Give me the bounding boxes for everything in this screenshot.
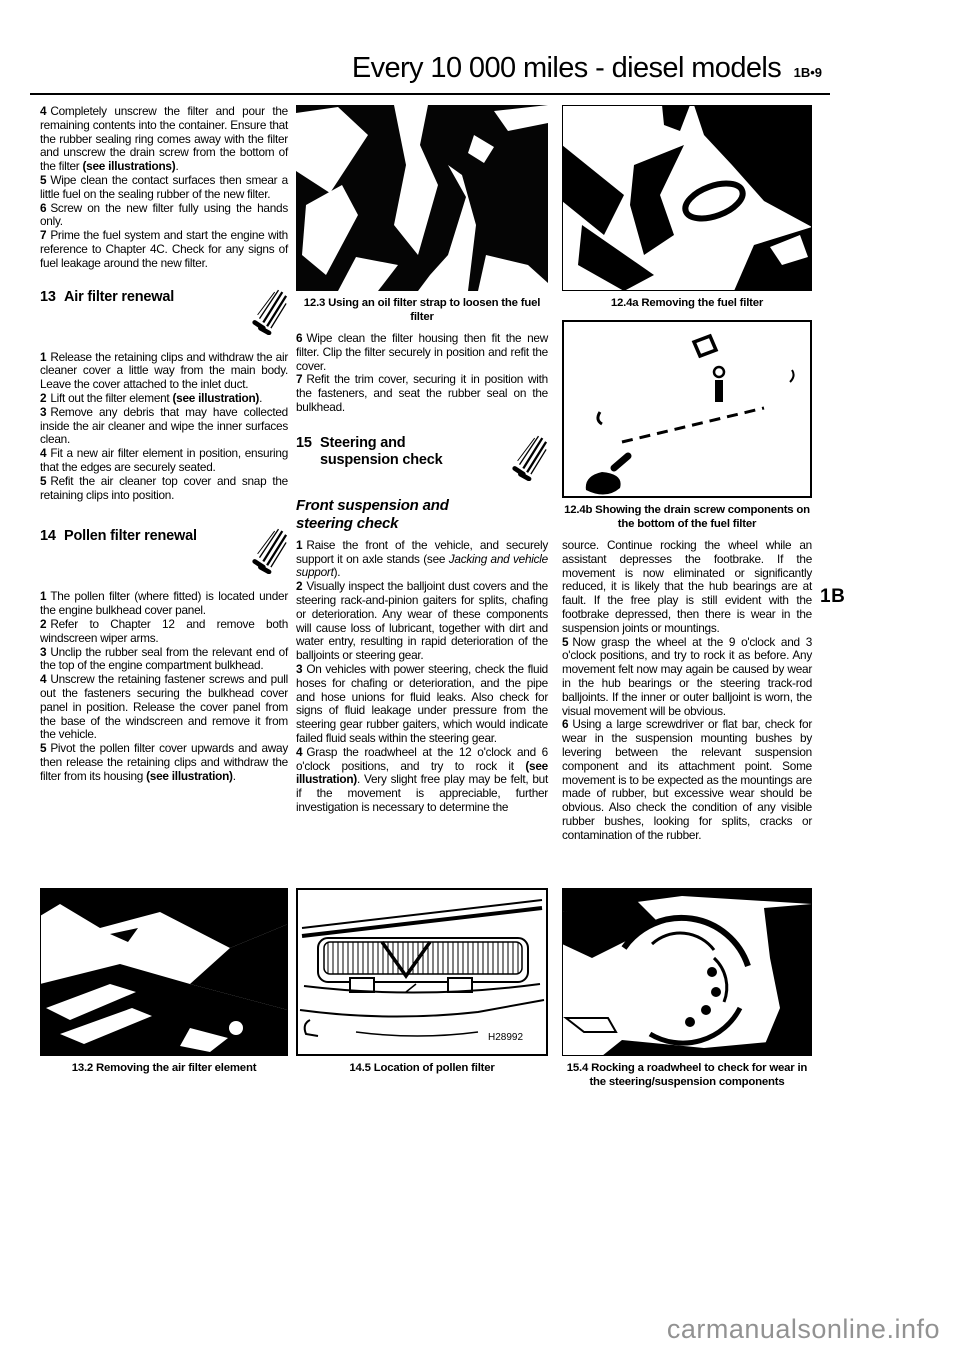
section-title: Pollen filter renewal (64, 528, 197, 545)
step-paragraph: 3On vehicles with power steering, check … (296, 663, 548, 746)
step-number: 5 (40, 173, 46, 187)
figure-15-4-caption: 15.4 Rocking a roadwheel to check for we… (562, 1061, 812, 1089)
step-number: 4 (296, 745, 302, 759)
section-number: 13 (40, 289, 64, 306)
step-text: Wipe clean the contact surfaces then sme… (40, 173, 288, 201)
figure-13-2-photo (40, 888, 288, 1056)
step-paragraph: 7Refit the trim cover, securing it in po… (296, 373, 548, 414)
step-number: 6 (562, 717, 568, 731)
step-paragraph: 5Wipe clean the contact surfaces then sm… (40, 174, 288, 202)
step-paragraph: 1The pollen filter (where fitted) is loc… (40, 590, 288, 618)
step-text: Refer to Chapter 12 and remove both wind… (40, 617, 288, 645)
step-text: Raise the front of the vehicle, and secu… (296, 538, 548, 580)
step-number: 3 (296, 662, 302, 676)
step-paragraph: 6Using a large screwdriver or flat bar, … (562, 718, 812, 842)
step-text: Now grasp the wheel at the 9 o'clock and… (562, 635, 812, 718)
figure-15-4-photo (562, 888, 812, 1056)
step-number: 4 (40, 446, 46, 460)
step-paragraph: 7Prime the fuel system and start the eng… (40, 229, 288, 270)
step-text: Remove any debris that may have collecte… (40, 405, 288, 447)
spanner-rating-icon (510, 435, 548, 481)
step-text: Completely unscrew the filter and pour t… (40, 104, 288, 173)
continuation-paragraph: source. Continue rocking the wheel while… (562, 539, 812, 636)
figure-13-2-caption: 13.2 Removing the air filter element (40, 1061, 288, 1075)
step-text: Pivot the pollen filter cover upwards an… (40, 741, 288, 783)
chapter-side-tab: 1B (820, 586, 845, 608)
spanner-rating-icon (250, 528, 288, 574)
section-15-header: 15Steering and suspension check (296, 435, 548, 483)
left-column: 4Completely unscrew the filter and pour … (40, 105, 288, 783)
step-text: Wipe clean the filter housing then fit t… (296, 331, 548, 373)
step-number: 6 (40, 201, 46, 215)
step-paragraph: 4Unscrew the retaining fastener screws a… (40, 673, 288, 742)
step-paragraph: 6Screw on the new filter fully using the… (40, 202, 288, 230)
step-text: The pollen filter (where fitted) is loca… (40, 589, 288, 617)
section-number: 15 (296, 435, 320, 469)
step-number: 1 (296, 538, 302, 552)
step-paragraph: 3Remove any debris that may have collect… (40, 406, 288, 447)
step-number: 5 (562, 635, 568, 649)
step-paragraph: 3Unclip the rubber seal from the relevan… (40, 646, 288, 674)
step-paragraph: 5Pivot the pollen filter cover upwards a… (40, 742, 288, 783)
step-text: Screw on the new filter fully using the … (40, 201, 288, 229)
steps-5-6-list: 5Now grasp the wheel at the 9 o'clock an… (562, 636, 812, 843)
step-text: Unclip the rubber seal from the relevant… (40, 645, 288, 673)
step-paragraph: 5Refit the air cleaner top cover and sna… (40, 475, 288, 503)
step-number: 7 (40, 228, 46, 242)
figure-13-2: 13.2 Removing the air filter element (40, 888, 288, 1083)
step-number: 2 (40, 391, 46, 405)
subsection-heading: Front suspension and steering check (296, 497, 461, 533)
step-text: Unscrew the retaining fastener screws an… (40, 672, 288, 741)
step-paragraph: 2Lift out the filter element (see illust… (40, 392, 288, 406)
section-13-steps-list: 1Release the retaining clips and withdra… (40, 351, 288, 503)
step-text: Release the retaining clips and withdraw… (40, 350, 288, 392)
figure-12-4a-caption: 12.4a Removing the fuel filter (562, 296, 812, 310)
figure-12-4b-caption: 12.4b Showing the drain screw components… (562, 503, 812, 531)
step-text: Refit the air cleaner top cover and snap… (40, 474, 288, 502)
figure-14-5: H28992 14.5 Location of pollen filter (296, 888, 548, 1083)
step-text: Refit the trim cover, securing it in pos… (296, 372, 548, 414)
step-text: Using a large screwdriver or flat bar, c… (562, 717, 812, 841)
section-title: Air filter renewal (64, 289, 174, 306)
intro-steps-list: 4Completely unscrew the filter and pour … (40, 105, 288, 271)
step-number: 1 (40, 589, 46, 603)
step-paragraph: 4Completely unscrew the filter and pour … (40, 105, 288, 174)
spanner-rating-icon (250, 289, 288, 335)
figure-15-4: 15.4 Rocking a roadwheel to check for we… (562, 888, 812, 1097)
right-column: 12.4a Removing the fuel filter 12.4b Sho… (562, 105, 812, 843)
figure-14-5-caption: 14.5 Location of pollen filter (296, 1061, 548, 1075)
page-number: 1B•9 (794, 65, 822, 80)
step-text: Visually inspect the balljoint dust cove… (296, 579, 548, 662)
step-paragraph: 2Visually inspect the balljoint dust cov… (296, 580, 548, 663)
header-rule (30, 93, 830, 95)
page-title: Every 10 000 miles - diesel models (352, 52, 781, 84)
watermark-text: carmanualsonline.info (667, 1314, 940, 1345)
step-text: Prime the fuel system and start the engi… (40, 228, 288, 270)
figure-12-4b-drawing (562, 320, 812, 498)
steps-6-7-list: 6Wipe clean the filter housing then fit … (296, 332, 548, 415)
step-number: 3 (40, 405, 46, 419)
page-header: Every 10 000 miles - diesel models 1B•9 (0, 52, 822, 85)
section-14-header: 14Pollen filter renewal (40, 528, 288, 576)
manual-page: Every 10 000 miles - diesel models 1B•9 … (0, 0, 960, 1362)
figure-14-5-drawing: H28992 (296, 888, 548, 1056)
step-text: Grasp the roadwheel at the 12 o'clock an… (296, 745, 548, 814)
step-paragraph: 1Release the retaining clips and withdra… (40, 351, 288, 392)
step-paragraph: 4Grasp the roadwheel at the 12 o'clock a… (296, 746, 548, 815)
figure-12-3-caption: 12.3 Using an oil filter strap to loosen… (296, 296, 548, 324)
front-suspension-steps-list: 1Raise the front of the vehicle, and sec… (296, 539, 548, 815)
middle-column: 12.3 Using an oil filter strap to loosen… (296, 105, 548, 815)
section-14-steps-list: 1The pollen filter (where fitted) is loc… (40, 590, 288, 783)
section-title: Steering and suspension check (320, 435, 466, 469)
step-paragraph: 6Wipe clean the filter housing then fit … (296, 332, 548, 373)
step-number: 1 (40, 350, 46, 364)
figure-12-3-photo (296, 105, 548, 291)
step-number: 2 (40, 617, 46, 631)
step-number: 7 (296, 372, 302, 386)
step-paragraph: 4Fit a new air filter element in positio… (40, 447, 288, 475)
step-text: Fit a new air filter element in position… (40, 446, 288, 474)
step-number: 5 (40, 474, 46, 488)
step-paragraph: 5Now grasp the wheel at the 9 o'clock an… (562, 636, 812, 719)
figure-12-4a-photo (562, 105, 812, 291)
step-number: 4 (40, 672, 46, 686)
step-text: Lift out the filter element (see illustr… (50, 391, 262, 405)
step-number: 3 (40, 645, 46, 659)
step-number: 6 (296, 331, 302, 345)
step-number: 5 (40, 741, 46, 755)
step-number: 2 (296, 579, 302, 593)
section-number: 14 (40, 528, 64, 545)
step-text: On vehicles with power steering, check t… (296, 662, 548, 745)
figure-14-5-ref-label: H28992 (488, 1032, 523, 1043)
step-paragraph: 2Refer to Chapter 12 and remove both win… (40, 618, 288, 646)
step-paragraph: 1Raise the front of the vehicle, and sec… (296, 539, 548, 580)
section-13-header: 13Air filter renewal (40, 289, 288, 337)
step-number: 4 (40, 104, 46, 118)
